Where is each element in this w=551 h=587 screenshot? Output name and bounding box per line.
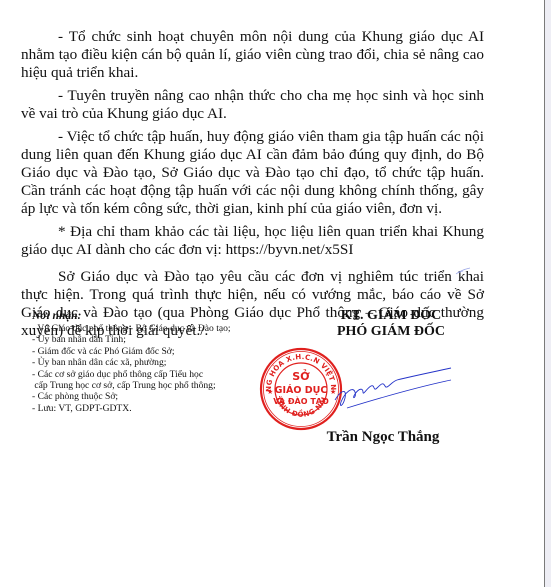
svg-text:GIÁO DỤC: GIÁO DỤC [275, 384, 328, 396]
recipient-item: - Ủy ban nhân dân các xã, phường; [32, 357, 272, 368]
svg-text:VÀ ĐÀO TẠO: VÀ ĐÀO TẠO [273, 395, 329, 406]
official-stamp-icon: CỘNG HÒA X.H.C.N VIỆT NAM TỈNH ĐỒNG NAI … [259, 347, 343, 431]
viewer-background [545, 0, 551, 587]
paragraph-training: - Việc tổ chức tập huấn, huy động giáo v… [21, 128, 484, 218]
recipient-item: cấp Trung học cơ sở, cấp Trung học phổ t… [32, 380, 272, 391]
document-body: - Tổ chức sinh hoạt chuyên môn nội dung … [21, 28, 484, 345]
svg-text:SỞ: SỞ [292, 369, 310, 383]
recipient-item: - Lưu: VT, GDPT-GDTX. [32, 403, 272, 414]
paragraph-reference-link: * Địa chỉ tham khảo các tài liệu, học li… [21, 223, 484, 259]
handwritten-signature-icon [333, 362, 453, 412]
recipient-item: - Vụ Giáo dục phổ thông - Bộ Giáo dục và… [32, 323, 272, 334]
recipient-item: - Ủy ban nhân dân Tỉnh; [32, 334, 272, 345]
paragraph-awareness: - Tuyên truyền nâng cao nhận thức cho ch… [21, 87, 484, 123]
recipients-title: Nơi nhận: [32, 310, 272, 323]
signature-title-block: KT. GIÁM ĐỐC PHÓ GIÁM ĐỐC [318, 308, 464, 340]
recipient-item: - Giám đốc và các Phó Giám đốc Sở; [32, 346, 272, 357]
svg-text:★: ★ [267, 388, 273, 396]
initial-mark-icon [455, 267, 471, 275]
paragraph-professional-activities: - Tổ chức sinh hoạt chuyên môn nội dung … [21, 28, 484, 82]
signature-title-line1: KT. GIÁM ĐỐC [318, 308, 464, 324]
recipient-item: - Các phòng thuộc Sở; [32, 391, 272, 402]
recipient-item: - Các cơ sở giáo dục phổ thông cấp Tiểu … [32, 369, 272, 380]
document-page: - Tổ chức sinh hoạt chuyên môn nội dung … [0, 0, 544, 587]
recipients-block: Nơi nhận: - Vụ Giáo dục phổ thông - Bộ G… [32, 310, 272, 414]
signer-name: Trần Ngọc Thắng [318, 429, 448, 446]
recipients-list: - Vụ Giáo dục phổ thông - Bộ Giáo dục và… [32, 323, 272, 414]
signature-title-line2: PHÓ GIÁM ĐỐC [318, 324, 464, 340]
